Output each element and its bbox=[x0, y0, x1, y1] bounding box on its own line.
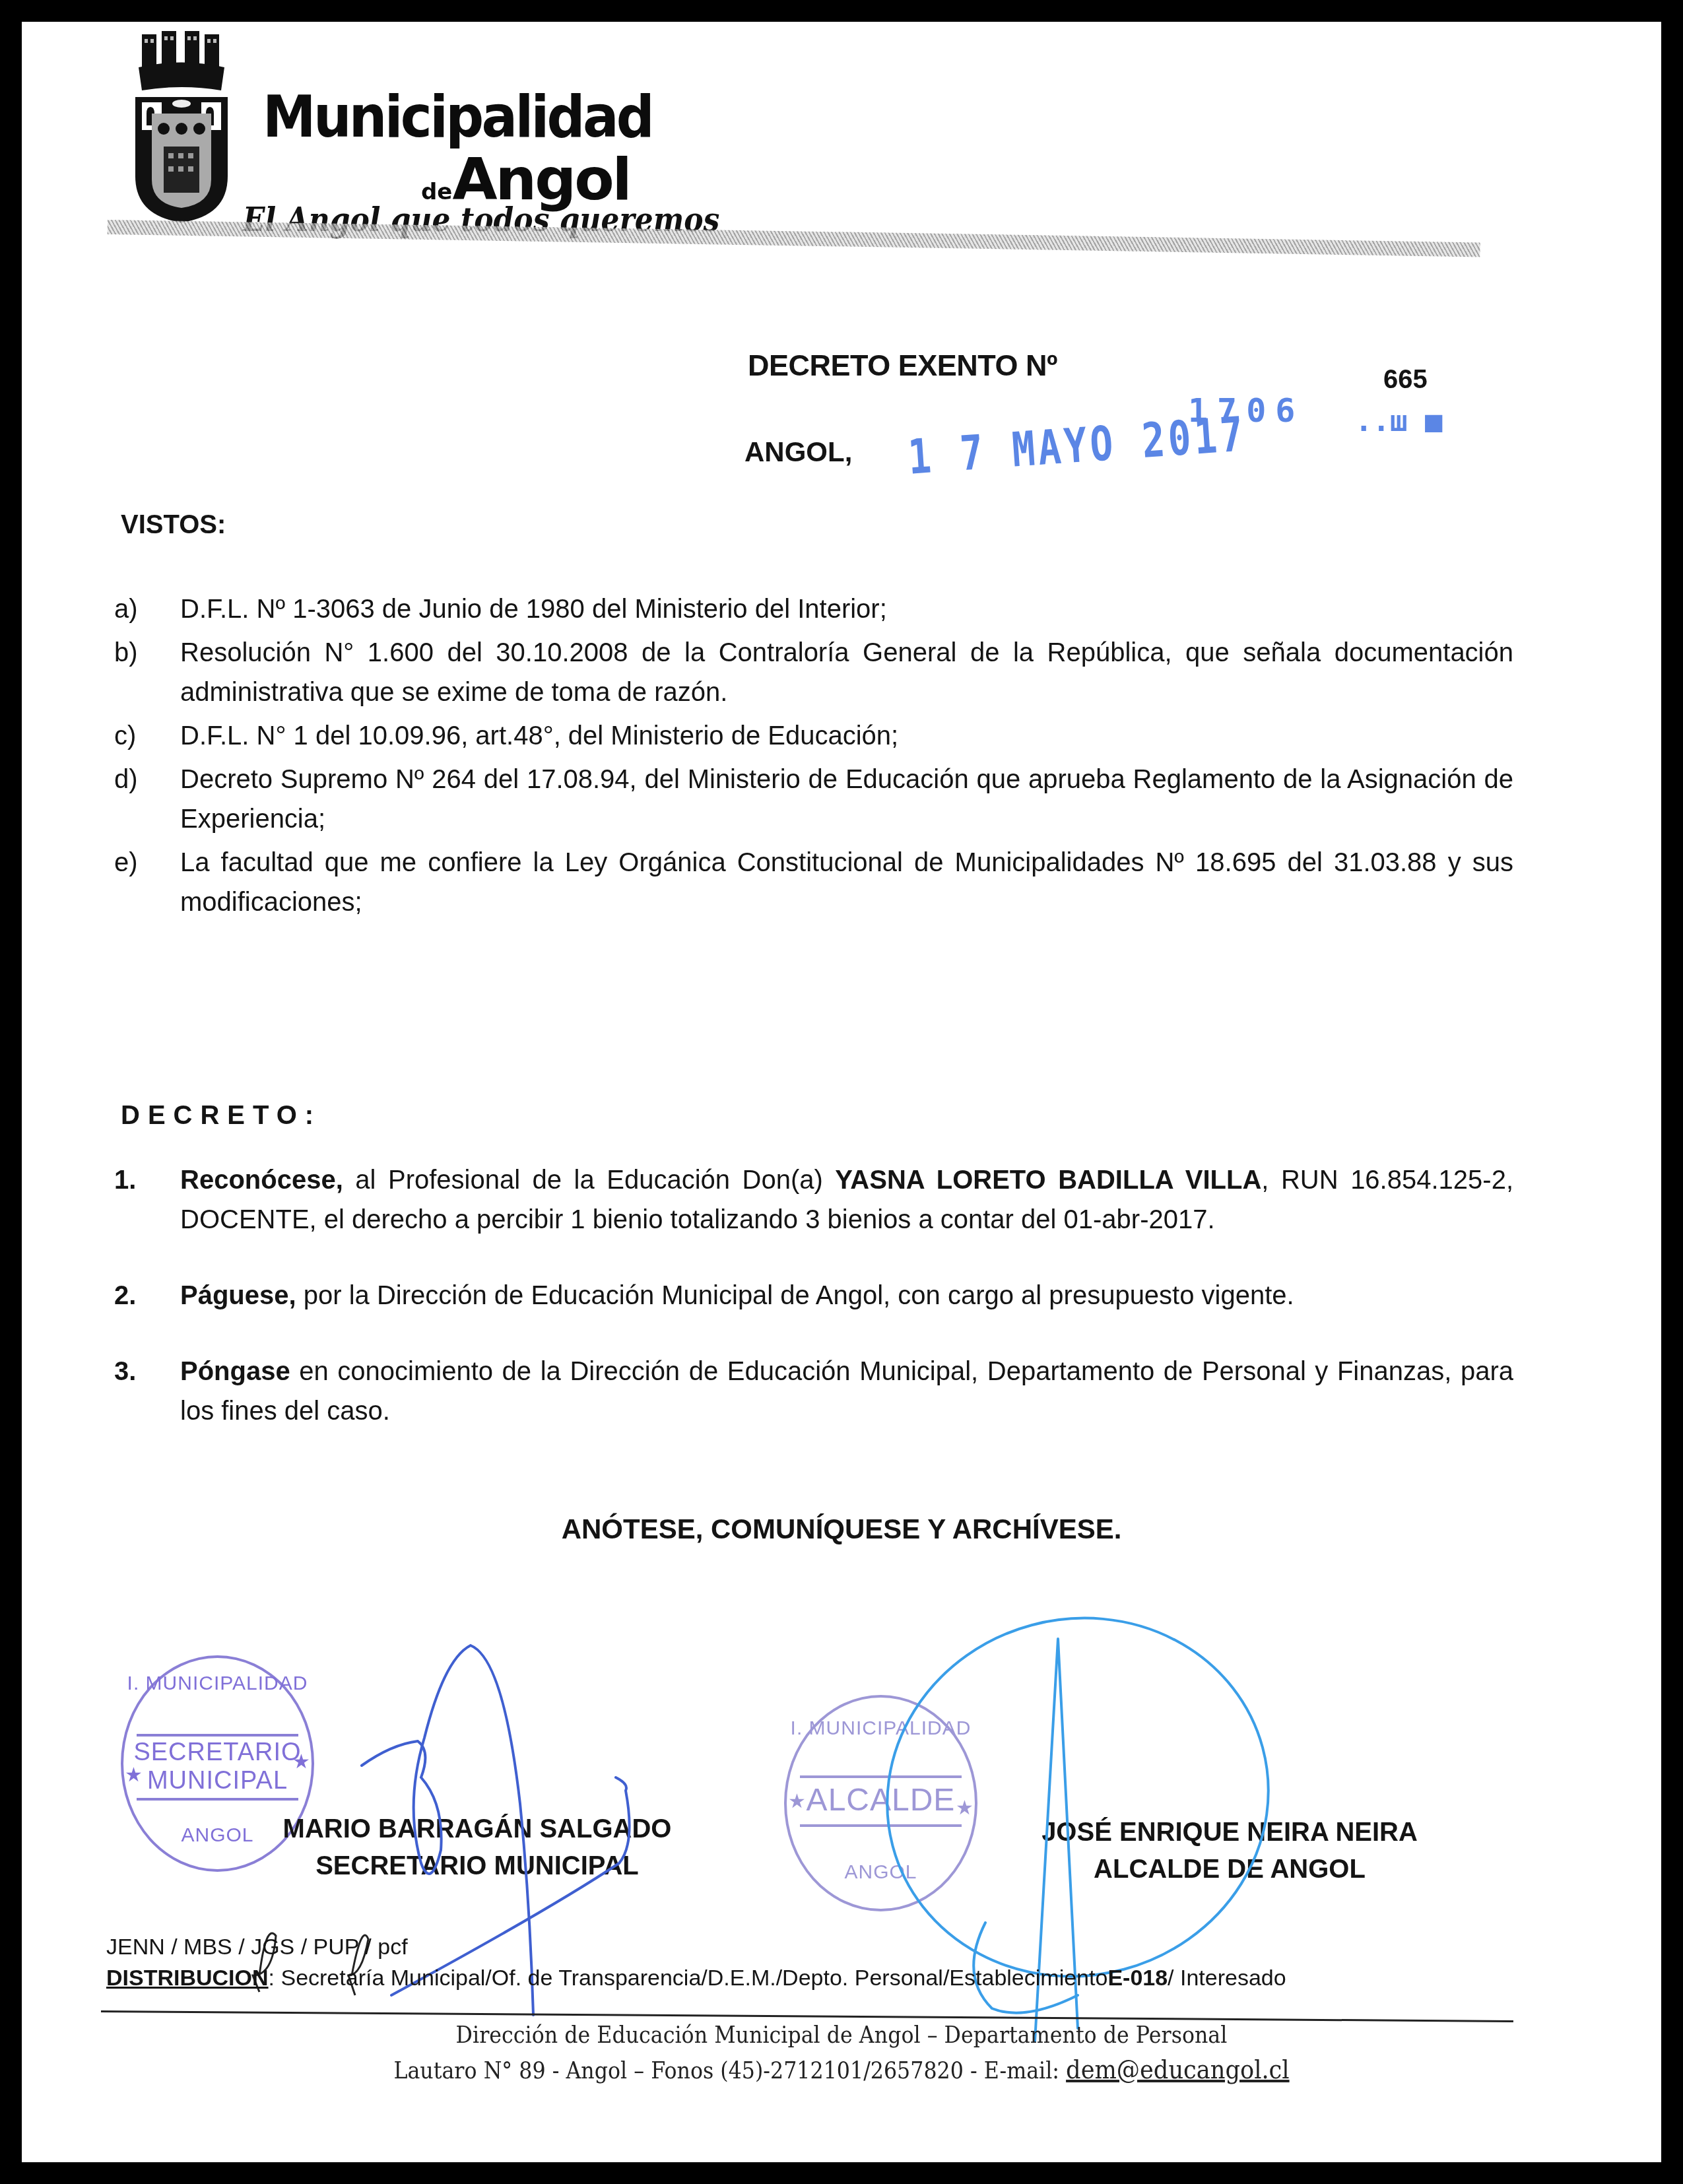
mayor-seal: I. MUNICIPALIDAD ALCALDE ★ ★ ANGOL bbox=[784, 1695, 977, 1911]
item-marker: b) bbox=[114, 633, 138, 673]
decreto-heading: DECRETO: bbox=[121, 1101, 321, 1131]
secretary-name: MARIO BARRAGÁN SALGADO bbox=[246, 1810, 708, 1847]
item-text: D.F.L. N° 1 del 10.09.96, art.48°, del M… bbox=[180, 721, 898, 750]
org-name: Municipalidad bbox=[263, 88, 652, 146]
mayor-role: ALCALDE DE ANGOL bbox=[999, 1851, 1461, 1888]
decree-number: 665 bbox=[1383, 365, 1428, 395]
star-icon: ★ bbox=[292, 1750, 310, 1773]
distribution-establishment: E-018 bbox=[1107, 1966, 1168, 1991]
distribution-label: DISTRIBUCION bbox=[106, 1966, 269, 1991]
vistos-item: c)D.F.L. N° 1 del 10.09.96, art.48°, del… bbox=[114, 716, 1513, 756]
item-marker: 2. bbox=[114, 1276, 136, 1315]
footer-divider bbox=[101, 2010, 1513, 2022]
item-text: La facultad que me confiere la Ley Orgán… bbox=[180, 848, 1513, 917]
vistos-item: b)Resolución N° 1.600 del 30.10.2008 de … bbox=[114, 633, 1513, 712]
decree-page: Municipalidad deAngol El Angol que todos… bbox=[22, 22, 1661, 2162]
vistos-list: a)D.F.L. Nº 1-3063 de Junio de 1980 del … bbox=[114, 589, 1513, 926]
decreto-item: 3.Póngase en conocimiento de la Direcció… bbox=[114, 1352, 1513, 1431]
address-text: Lautaro N° 89 - Angol – Fonos (45)-27121… bbox=[393, 2057, 1066, 2084]
star-icon: ★ bbox=[956, 1797, 973, 1820]
place-label: ANGOL, bbox=[744, 436, 852, 468]
vistos-heading: VISTOS: bbox=[121, 510, 226, 540]
municipal-crest-icon bbox=[132, 31, 231, 222]
beneficiary-name: YASNA LORETO BADILLA VILLA bbox=[835, 1166, 1261, 1195]
item-text: Decreto Supremo Nº 264 del 17.08.94, del… bbox=[180, 765, 1513, 834]
decreto-item: 2.Páguese, por la Dirección de Educación… bbox=[114, 1276, 1513, 1315]
secretary-role: SECRETARIO MUNICIPAL bbox=[246, 1847, 708, 1884]
seal-middle-text: ALCALDE bbox=[787, 1782, 975, 1818]
item-lead: Reconócese, bbox=[180, 1166, 343, 1195]
email-link[interactable]: dem@educangol.cl bbox=[1066, 2055, 1289, 2085]
item-text: por la Dirección de Educación Municipal … bbox=[296, 1281, 1294, 1310]
vistos-item: a)D.F.L. Nº 1-3063 de Junio de 1980 del … bbox=[114, 589, 1513, 629]
secretary-signature-block: MARIO BARRAGÁN SALGADO SECRETARIO MUNICI… bbox=[246, 1810, 708, 1884]
seal-top-text: I. MUNICIPALIDAD bbox=[787, 1717, 975, 1740]
decreto-item: 1.Reconócese, al Profesional de la Educa… bbox=[114, 1160, 1513, 1240]
seal-rule bbox=[800, 1775, 962, 1778]
item-marker: e) bbox=[114, 843, 138, 882]
seal-rule bbox=[137, 1798, 298, 1801]
closing-formula: ANÓTESE, COMUNÍQUESE Y ARCHÍVESE. bbox=[22, 1513, 1661, 1545]
star-icon: ★ bbox=[788, 1790, 806, 1813]
item-marker: a) bbox=[114, 589, 138, 629]
decree-title: DECRETO EXENTO Nº bbox=[748, 348, 1057, 383]
distribution-end: / Interesado bbox=[1168, 1966, 1286, 1991]
decreto-list: 1.Reconócese, al Profesional de la Educa… bbox=[114, 1160, 1513, 1467]
vistos-item: d)Decreto Supremo Nº 264 del 17.08.94, d… bbox=[114, 760, 1513, 839]
item-marker: 3. bbox=[114, 1352, 136, 1391]
mayor-signature-block: JOSÉ ENRIQUE NEIRA NEIRA ALCALDE DE ANGO… bbox=[999, 1814, 1461, 1888]
initials-line: JENN / MBS / JGS / PUP / pcf bbox=[106, 1935, 408, 1960]
seal-rule bbox=[137, 1734, 298, 1737]
item-lead: Páguese, bbox=[180, 1281, 296, 1310]
item-lead: Póngase bbox=[180, 1357, 290, 1386]
seal-top-text: I. MUNICIPALIDAD bbox=[123, 1672, 312, 1695]
vistos-item: e)La facultad que me confiere la Ley Org… bbox=[114, 843, 1513, 922]
registry-stamp: 1706 bbox=[1188, 391, 1304, 430]
item-text: Resolución N° 1.600 del 30.10.2008 de la… bbox=[180, 638, 1513, 707]
address-line: Lautaro N° 89 - Angol – Fonos (45)-27121… bbox=[120, 2055, 1563, 2085]
item-marker: c) bbox=[114, 716, 136, 756]
seal-middle-text-2: MUNICIPAL bbox=[123, 1767, 312, 1795]
seal-rule bbox=[800, 1824, 962, 1827]
distribution-line: DISTRIBUCION: Secretaría Municipal/Of. d… bbox=[106, 1966, 1286, 1991]
item-marker: d) bbox=[114, 760, 138, 799]
distribution-text: : Secretaría Municipal/Of. de Transparen… bbox=[269, 1966, 1108, 1991]
mayor-name: JOSÉ ENRIQUE NEIRA NEIRA bbox=[999, 1814, 1461, 1851]
office-line: Dirección de Educación Municipal de Ango… bbox=[120, 2022, 1563, 2049]
item-text: D.F.L. Nº 1-3063 de Junio de 1980 del Mi… bbox=[180, 595, 887, 624]
registry-stamp-mark: ..ш ■ bbox=[1355, 405, 1442, 438]
item-marker: 1. bbox=[114, 1160, 136, 1200]
item-text: en conocimiento de la Dirección de Educa… bbox=[180, 1357, 1513, 1426]
item-text-before-name: al Profesional de la Educación Don(a) bbox=[343, 1166, 836, 1195]
star-icon: ★ bbox=[125, 1764, 143, 1787]
seal-bottom-text: ANGOL bbox=[787, 1861, 975, 1884]
seal-middle-text-1: SECRETARIO bbox=[123, 1738, 312, 1767]
